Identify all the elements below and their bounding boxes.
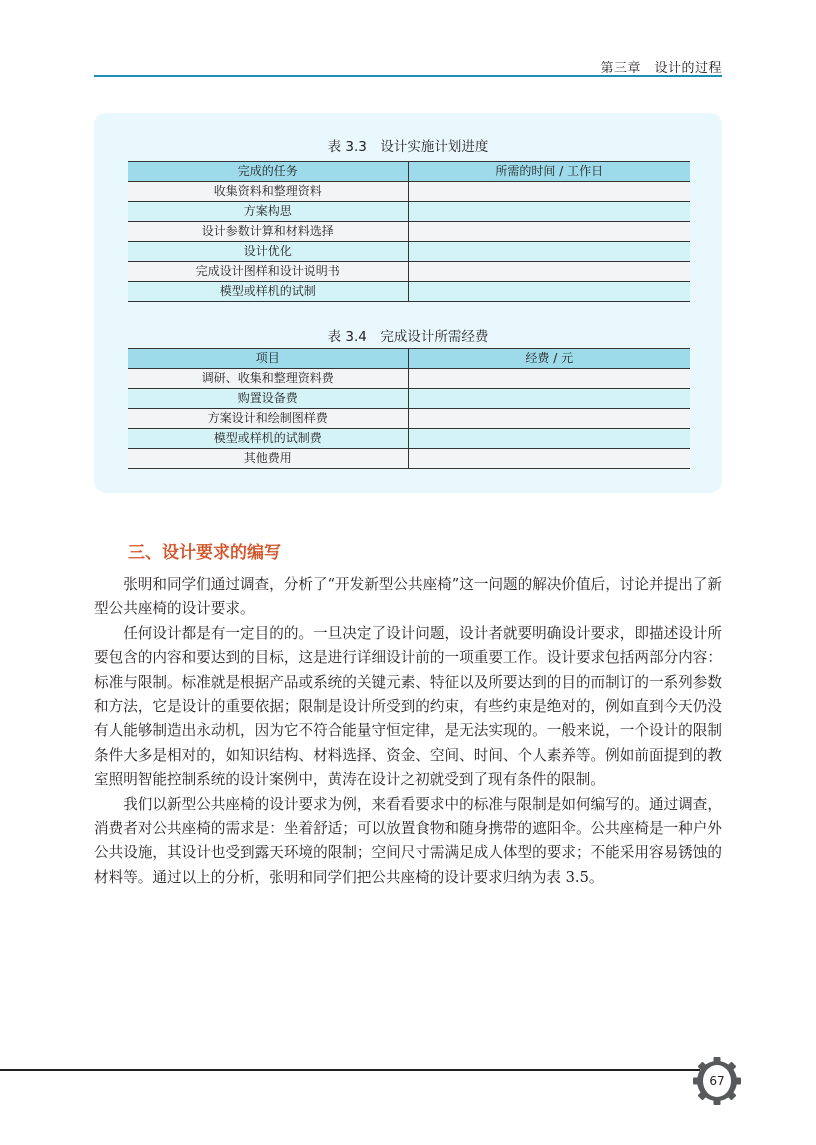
column-header: 所需的时间 / 工作日 <box>408 162 690 182</box>
time-cell <box>408 242 690 262</box>
table-row: 设计参数计算和材料选择 <box>128 222 690 242</box>
item-cell: 其他费用 <box>128 449 408 469</box>
table-3-3: 完成的任务 所需的时间 / 工作日 收集资料和整理资料 方案构思 设计参数计算和… <box>128 161 690 302</box>
table-3-4: 项目 经费 / 元 调研、收集和整理资料费 购置设备费 方案设计和绘制图样费 模… <box>128 348 690 469</box>
task-cell: 模型或样机的试制 <box>128 282 408 302</box>
task-cell: 设计参数计算和材料选择 <box>128 222 408 242</box>
task-cell: 收集资料和整理资料 <box>128 182 408 202</box>
time-cell <box>408 282 690 302</box>
paragraph: 张明和同学们通过调查，分析了“开发新型公共座椅”这一问题的解决价值后，讨论并提出… <box>94 573 722 622</box>
cost-cell <box>408 429 690 449</box>
table-row: 模型或样机的试制费 <box>128 429 690 449</box>
footer-rule <box>0 1069 700 1071</box>
table-row: 方案构思 <box>128 202 690 222</box>
paragraph: 任何设计都是有一定目的的。一旦决定了设计问题，设计者就要明确设计要求，即描述设计… <box>94 622 722 793</box>
time-cell <box>408 222 690 242</box>
table-3-3-caption: 表 3.3 设计实施计划进度 <box>94 135 722 155</box>
body-text: 张明和同学们通过调查，分析了“开发新型公共座椅”这一问题的解决价值后，讨论并提出… <box>94 573 722 890</box>
tables-panel: 表 3.3 设计实施计划进度 完成的任务 所需的时间 / 工作日 收集资料和整理… <box>94 113 722 493</box>
time-cell <box>408 182 690 202</box>
task-cell: 方案构思 <box>128 202 408 222</box>
page-number: 67 <box>692 1056 742 1106</box>
cost-cell <box>408 449 690 469</box>
table-row: 收集资料和整理资料 <box>128 182 690 202</box>
cost-cell <box>408 389 690 409</box>
table-row: 其他费用 <box>128 449 690 469</box>
running-header: 第三章 设计的过程 <box>94 55 722 77</box>
item-cell: 方案设计和绘制图样费 <box>128 409 408 429</box>
item-cell: 购置设备费 <box>128 389 408 409</box>
table-header-row: 完成的任务 所需的时间 / 工作日 <box>128 162 690 182</box>
column-header: 项目 <box>128 349 408 369</box>
column-header: 完成的任务 <box>128 162 408 182</box>
chapter-title: 第三章 设计的过程 <box>600 57 722 76</box>
time-cell <box>408 262 690 282</box>
cost-cell <box>408 409 690 429</box>
column-header: 经费 / 元 <box>408 349 690 369</box>
item-cell: 模型或样机的试制费 <box>128 429 408 449</box>
table-row: 方案设计和绘制图样费 <box>128 409 690 429</box>
item-cell: 调研、收集和整理资料费 <box>128 369 408 389</box>
header-rule <box>94 75 722 77</box>
cost-cell <box>408 369 690 389</box>
table-row: 设计优化 <box>128 242 690 262</box>
table-3-4-caption: 表 3.4 完成设计所需经费 <box>94 325 722 345</box>
table-row: 调研、收集和整理资料费 <box>128 369 690 389</box>
table-row: 购置设备费 <box>128 389 690 409</box>
table-row: 模型或样机的试制 <box>128 282 690 302</box>
paragraph: 我们以新型公共座椅的设计要求为例，来看看要求中的标准与限制是如何编写的。通过调查… <box>94 793 722 891</box>
task-cell: 设计优化 <box>128 242 408 262</box>
time-cell <box>408 202 690 222</box>
table-row: 完成设计图样和设计说明书 <box>128 262 690 282</box>
section-heading: 三、设计要求的编写 <box>128 538 281 563</box>
table-header-row: 项目 经费 / 元 <box>128 349 690 369</box>
task-cell: 完成设计图样和设计说明书 <box>128 262 408 282</box>
